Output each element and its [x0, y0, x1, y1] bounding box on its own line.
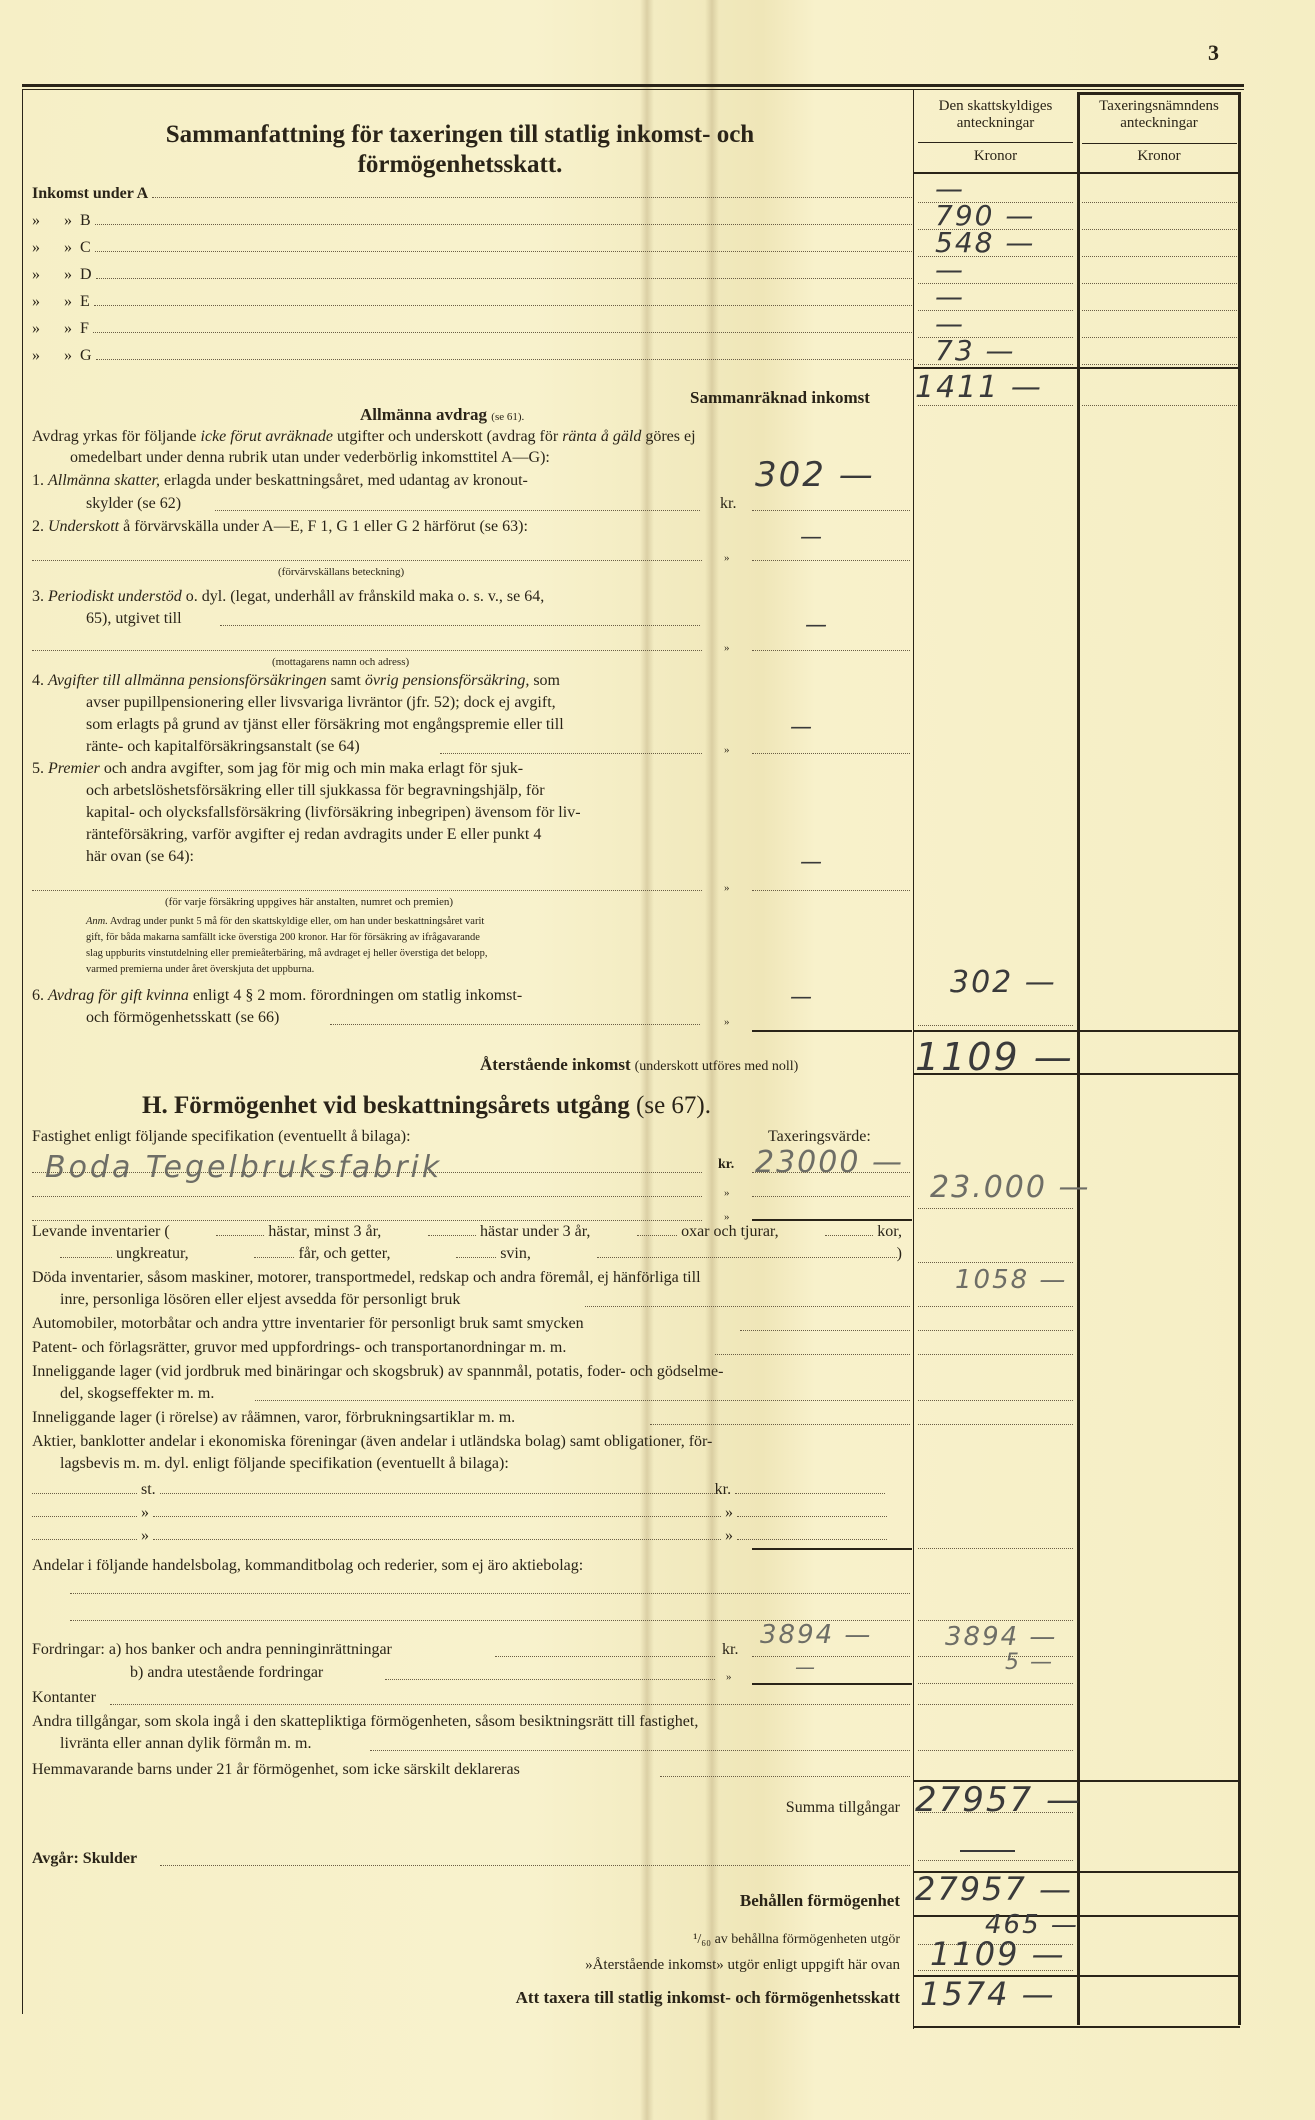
top-rule — [22, 89, 1244, 90]
deduction-item-5-caption: (för varje försäkring uppgives här ansta… — [165, 896, 453, 908]
entry-line — [495, 1656, 715, 1657]
income-category: » » C — [32, 238, 91, 258]
heading-text: Allmänna avdrag — [360, 405, 487, 424]
claims-total-a[interactable]: 3894 — — [945, 1622, 1057, 1652]
subtotal-rule — [752, 1030, 912, 1032]
total-rule — [914, 367, 1240, 369]
deduction-item-1: 1. Allmänna skatter, erlagda under beska… — [32, 471, 528, 491]
income-row-label: Inkomst under A — [32, 184, 912, 204]
deduction-item-5-line: och arbetslöshetsförsäkring eller till s… — [86, 781, 545, 801]
text: Avdrag yrkas för följande — [32, 428, 201, 445]
other-assets-label: Andra tillgångar, som skola ingå i den s… — [32, 1712, 698, 1732]
entry-line — [918, 1262, 1073, 1263]
committee-column-header: Taxeringsnämndens anteckningar — [1080, 98, 1238, 132]
deduction-item-2-value[interactable]: — — [800, 525, 824, 550]
deduction-item-5-line: ränteförsäkring, varför avgifter ej reda… — [86, 825, 541, 845]
deduction-item-2-input[interactable] — [32, 560, 702, 561]
deduction-item-1-line2: skylder (se 62) — [86, 494, 181, 514]
text: kr. — [715, 1481, 731, 1498]
patents-value — [918, 1354, 1073, 1355]
text: utgifter och underskott (avdrag för — [333, 428, 562, 445]
entry-line — [715, 1354, 910, 1355]
text: ränta å gäld — [562, 428, 641, 445]
title-line: förmögenhetsskatt. — [80, 150, 840, 180]
entry-line — [752, 753, 910, 754]
deductions-intro-line2: omedelbart under denna rubrik utan under… — [70, 448, 550, 468]
shares-row[interactable]: » » — [32, 1503, 912, 1523]
entry-line — [1082, 310, 1237, 311]
summary-title: Sammanfattning för taxeringen till statl… — [80, 120, 840, 180]
deduction-item-4-line: som erlagts på grund av tjänst eller för… — [86, 715, 564, 735]
deduction-item-3-recipient-input[interactable] — [220, 625, 700, 626]
entry-line — [918, 1208, 1073, 1209]
text: får, och getter, — [298, 1245, 390, 1262]
page-number: 3 — [1208, 40, 1219, 66]
total-rule — [914, 1030, 1240, 1032]
income-row-label: » » D — [32, 265, 912, 285]
text: icke förut avräknade — [201, 428, 333, 445]
deductions-total-value[interactable]: 302 — — [950, 965, 1057, 1000]
deduction-item-2: 2. Underskott å förvärvskälla under A—E,… — [32, 517, 528, 537]
text: st. — [141, 1481, 156, 1498]
automobiles-value — [918, 1330, 1073, 1331]
text: kor, — [877, 1223, 902, 1240]
net-wealth-value[interactable]: 27957 — — [915, 1870, 1073, 1908]
label-text: Återstående inkomst — [480, 1055, 631, 1074]
shares-row[interactable]: st. kr. — [32, 1480, 912, 1500]
entry-line — [215, 510, 700, 511]
heading-ref: (se 61). — [491, 411, 524, 423]
total-income-value[interactable]: 1411 — — [915, 370, 1043, 405]
property-label: Fastighet enligt följande specifikation … — [32, 1127, 411, 1147]
property-assessed-value[interactable]: 23000 — — [755, 1145, 904, 1180]
deduction-item-6-line2: och förmögenhetsskatt (se 66) — [86, 1008, 279, 1028]
deductions-intro: Avdrag yrkas för följande icke förut avr… — [32, 427, 696, 447]
header-separator — [918, 142, 1073, 143]
note-line: varmed premierna under året överskjuta d… — [86, 962, 488, 978]
agricultural-stock-label-2: del, skogseffekter m. m. — [60, 1384, 214, 1404]
agricultural-stock-value — [918, 1400, 1073, 1401]
note-label: Anm. — [86, 916, 108, 927]
property-total-value[interactable]: 23.000 — — [930, 1170, 1091, 1205]
item-title: Avdrag för gift kvinna — [48, 987, 189, 1004]
taxable-amount-label: Att taxera till statlig inkomst- och för… — [360, 1988, 900, 2008]
entry-line — [32, 1220, 702, 1221]
sum-assets-value[interactable]: 27957 — — [915, 1780, 1082, 1820]
property-description-input[interactable]: Boda Tegelbruksfabrik — [45, 1150, 442, 1185]
income-category: » » E — [32, 292, 90, 312]
leader-dots — [152, 196, 912, 198]
currency-kr: kr. — [720, 494, 736, 514]
entry-line — [650, 1424, 910, 1425]
text: » — [141, 1527, 149, 1544]
entry-line — [255, 1400, 910, 1401]
item-number: 4. — [32, 672, 44, 689]
item-number: 3. — [32, 588, 44, 605]
deduction-item-3-value[interactable]: — — [805, 613, 829, 638]
subtotal-rule — [752, 1683, 912, 1685]
entry-line — [918, 1812, 1073, 1813]
shares-row[interactable]: » » — [32, 1526, 912, 1546]
header-line: anteckningar — [914, 115, 1077, 132]
label-text: Avgår: Skulder — [32, 1850, 137, 1867]
column-divider — [913, 89, 914, 2029]
item-title: övrig pensionsförsäkring, — [365, 672, 529, 689]
entry-line — [1082, 229, 1237, 230]
item-text: o. dyl. (legat, underhåll av frånskild m… — [182, 588, 544, 605]
entry-line — [330, 1024, 700, 1025]
entry-line — [110, 1704, 910, 1705]
income-category: » » B — [32, 211, 91, 231]
net-wealth-label: Behållen förmögenhet — [560, 1891, 900, 1911]
deduction-item-4: 4. Avgifter till allmänna pensionsförsäk… — [32, 671, 560, 691]
header-line: Den skattskyldiges — [914, 98, 1077, 115]
text: » — [725, 1504, 733, 1521]
assessed-value-label: Taxeringsvärde: — [768, 1127, 871, 1147]
remaining-income-label: Återstående inkomst (underskott utföres … — [480, 1055, 798, 1077]
item-text: samt — [327, 672, 365, 689]
text: » — [725, 1527, 733, 1544]
shares-label: Aktier, banklotter andelar i ekonomiska … — [32, 1432, 712, 1452]
entry-line — [752, 510, 910, 511]
entry-line — [752, 1172, 910, 1173]
text: hästar under 3 år, — [480, 1223, 590, 1240]
item-title: Avgifter till allmänna pensionsförsäkrin… — [48, 672, 327, 689]
shares-value — [918, 1548, 1073, 1549]
ditto-mark: » — [724, 1012, 730, 1032]
entry-line — [918, 1683, 1073, 1684]
deduction-item-6-value[interactable]: — — [790, 985, 814, 1010]
item-title: Allmänna skatter, — [48, 472, 160, 489]
deduction-item-3-input[interactable] — [32, 650, 702, 651]
leader-dots — [96, 277, 912, 279]
heading-ref: (se 67). — [636, 1092, 711, 1119]
dead-inventory-label: Döda inventarier, såsom maskiner, motore… — [32, 1268, 701, 1288]
entry-line — [752, 560, 910, 561]
remaining-income-restated-value[interactable]: 1109 — — [930, 1935, 1066, 1973]
entry-line — [740, 1330, 910, 1331]
claims-a-label: Fordringar: a) hos banker och andra penn… — [32, 1640, 392, 1660]
leader-dots — [95, 223, 912, 225]
deduction-item-4-value[interactable]: — — [790, 715, 814, 740]
income-category: » » F — [32, 319, 89, 339]
heading-text: H. Förmögenhet vid beskattningsårets utg… — [142, 1092, 630, 1119]
deduction-item-5-value[interactable]: — — [800, 850, 824, 875]
subtotal-rule — [752, 1548, 912, 1550]
entry-line — [32, 1196, 702, 1197]
currency-kr: kr. — [722, 1640, 738, 1660]
partnership-value — [918, 1620, 1073, 1621]
ditto-mark: » — [726, 1667, 732, 1687]
note-line: Avdrag under punkt 5 må för den skattsky… — [110, 916, 484, 927]
agricultural-stock-label: Inneliggande lager (vid jordbruk med bin… — [32, 1362, 723, 1382]
cash-label: Kontanter — [32, 1688, 96, 1708]
entry-line — [1082, 405, 1237, 406]
committee-column-border — [1077, 92, 1080, 2025]
business-stock-value — [918, 1424, 1073, 1425]
taxable-amount-value[interactable]: 1574 — — [920, 1975, 1056, 2013]
income-category: » » D — [32, 265, 92, 285]
deduction-item-6: 6. Avdrag för gift kvinna enligt 4 § 2 m… — [32, 986, 522, 1006]
entry-line — [752, 890, 910, 891]
claims-b-label: b) andra utestående fordringar — [130, 1663, 323, 1683]
deduction-item-5-line: kapital- och olycksfallsförsäkring (livf… — [86, 803, 581, 823]
text: hästar, minst 3 år, — [268, 1223, 381, 1240]
header-line: anteckningar — [1080, 115, 1238, 132]
note-line: slag uppburits vinstutdelning eller prem… — [86, 946, 488, 962]
income-row-value[interactable]: 73 — — [935, 334, 1016, 367]
entry-line — [918, 364, 1073, 365]
item-number: 2. — [32, 518, 44, 535]
leader-dots — [93, 331, 912, 333]
item-text: å förvärvskälla under A—E, F 1, G 1 elle… — [119, 518, 528, 535]
other-assets-label-2: livränta eller annan dylik förmån m. m. — [60, 1734, 311, 1754]
ditto-mark: » — [724, 1183, 730, 1203]
total-rule — [914, 1073, 1240, 1075]
automobiles-label: Automobiler, motorbåtar och andra yttre … — [32, 1314, 584, 1334]
taxpayer-unit: Kronor — [914, 148, 1077, 165]
bottom-rule — [914, 2026, 1240, 2028]
deductions-heading: Allmänna avdrag (se 61). — [360, 405, 524, 427]
dead-inventory-value[interactable]: 1058 — — [955, 1265, 1067, 1295]
income-category: » » G — [32, 346, 92, 366]
sixtieth-label: ¹/₆₀ av behållna förmögenheten utgör — [500, 1930, 900, 1950]
entry-line — [370, 1750, 910, 1751]
entry-line — [160, 1865, 910, 1866]
other-assets-value — [918, 1750, 1073, 1751]
item-text: erlagda under beskattningsåret, med udan… — [160, 472, 528, 489]
committee-column-border — [1238, 92, 1241, 2025]
title-line: Sammanfattning för taxeringen till statl… — [80, 120, 840, 150]
text: ungkreatur, — [116, 1245, 189, 1262]
deduction-item-3-line2: 65), utgivet till — [86, 609, 182, 629]
top-rule — [22, 84, 1244, 87]
entry-line — [918, 405, 1073, 406]
wealth-heading: H. Förmögenhet vid beskattningsårets utg… — [142, 1092, 711, 1120]
item-title: Underskott — [48, 518, 119, 535]
deduction-item-5-input[interactable] — [32, 890, 702, 891]
entry-line — [585, 1306, 910, 1307]
children-wealth-label: Hemmavarande barns under 21 år förmögenh… — [32, 1760, 520, 1780]
committee-column-border — [1077, 92, 1241, 95]
committee-unit: Kronor — [1080, 148, 1238, 165]
deduction-item-1-value[interactable]: 302 — — [755, 455, 875, 495]
entry-line — [1082, 364, 1237, 365]
entry-line — [752, 650, 910, 651]
leader-dots — [94, 304, 912, 306]
claims-b-value[interactable]: — — [795, 1655, 817, 1679]
entry-line — [440, 753, 702, 754]
ditto-mark: » — [724, 740, 730, 760]
item-text: som — [529, 672, 560, 689]
deduction-item-2-caption: (förvärvskällans beteckning) — [278, 566, 404, 578]
income-row-label: » » E — [32, 292, 912, 312]
entry-line — [752, 1656, 910, 1657]
header-line: Taxeringsnämndens — [1080, 98, 1238, 115]
text: » — [141, 1504, 149, 1521]
claims-total-b[interactable]: 5 — — [1005, 1650, 1054, 1675]
deduction-item-5: 5. Premier och andra avgifter, som jag f… — [32, 759, 523, 779]
ditto-mark: » — [724, 638, 730, 658]
debts-value — [918, 1860, 1073, 1861]
tax-form-page: 3 Den skattskyldiges anteckningar Kronor… — [0, 0, 1315, 2120]
text: svin, — [500, 1245, 531, 1262]
item-number: 5. — [32, 760, 44, 777]
patents-label: Patent- och förlagsrätter, gruvor med up… — [32, 1338, 566, 1358]
deduction-item-3: 3. Periodiskt understöd o. dyl. (legat, … — [32, 587, 544, 607]
leader-dots — [95, 250, 912, 252]
entry-line — [385, 1679, 715, 1680]
item-title: Periodiskt understöd — [48, 588, 182, 605]
income-category: Inkomst under A — [32, 184, 148, 204]
partnership-label: Andelar i följande handelsbolag, kommand… — [32, 1556, 583, 1576]
total-income-label: Sammanräknad inkomst — [690, 388, 870, 408]
item-number: 6. — [32, 987, 44, 1004]
income-row-label: » » C — [32, 238, 912, 258]
deduction-item-4-line: ränte- och kapitalförsäkringsanstalt (se… — [86, 737, 360, 757]
subtotal-rule — [752, 1219, 912, 1221]
business-stock-label: Inneliggande lager (i rörelse) av råämne… — [32, 1408, 515, 1428]
deduction-item-3-caption: (mottagarens namn och adress) — [272, 656, 409, 668]
entry-line — [1082, 202, 1237, 203]
ditto-mark: » — [724, 878, 730, 898]
left-border — [22, 89, 23, 2014]
item-number: 1. — [32, 472, 44, 489]
income-row-label: » » B — [32, 211, 912, 231]
partnership-input[interactable] — [70, 1593, 910, 1594]
deduction-item-5-line: här ovan (se 64): — [86, 847, 194, 867]
text: Levande inventarier ( — [32, 1222, 170, 1242]
note-line: gift, för båda makarna samfällt icke öve… — [86, 930, 488, 946]
leader-dots — [96, 358, 912, 360]
item-title: Premier — [48, 760, 100, 777]
text: oxar och tjurar, — [681, 1223, 779, 1240]
entry-line — [1082, 283, 1237, 284]
shares-label-2: lagsbevis m. m. dyl. enligt följande spe… — [60, 1454, 509, 1474]
item-text: enligt 4 § 2 mom. förordningen om statli… — [189, 987, 522, 1004]
item-text: och andra avgifter, som jag för mig och … — [100, 760, 523, 777]
taxpayer-column-header: Den skattskyldiges anteckningar — [914, 98, 1077, 132]
debts-label: Avgår: Skulder — [32, 1849, 137, 1869]
currency-kr: kr. — [718, 1155, 734, 1175]
deduction-note: Anm. Avdrag under punkt 5 må för den ska… — [86, 914, 488, 978]
entry-line — [1082, 256, 1237, 257]
entry-line — [752, 1196, 910, 1197]
dead-inventory-label-2: inre, personliga lösören eller eljest av… — [60, 1290, 460, 1310]
entry-line — [918, 1970, 1073, 1971]
remaining-income-restated-label: »Återstående inkomst» utgör enligt uppgi… — [420, 1955, 900, 1975]
ditto-mark: » — [724, 548, 730, 568]
handwritten-underline — [960, 1850, 1015, 1852]
text: göres ej — [641, 428, 695, 445]
entry-line — [32, 1172, 702, 1173]
livestock-line-2: ungkreatur, får, och getter, svin, ) — [60, 1244, 902, 1264]
livestock-line-1: Levande inventarier ( hästar, minst 3 år… — [32, 1222, 902, 1242]
entry-line — [660, 1776, 910, 1777]
income-row-label: » » F — [32, 319, 912, 339]
claims-a-value[interactable]: 3894 — — [760, 1620, 872, 1650]
header-separator — [1082, 143, 1237, 144]
entry-line — [1082, 337, 1237, 338]
entry-line — [918, 1025, 1073, 1026]
label-note: (underskott utföres med noll) — [635, 1059, 799, 1074]
entry-line — [918, 1306, 1073, 1307]
income-row-label: » » G — [32, 346, 912, 366]
text: ) — [897, 1245, 902, 1262]
deduction-item-4-line: avser pupillpensionering eller livsvarig… — [86, 693, 556, 713]
cash-value — [918, 1704, 1073, 1705]
sum-assets-label: Summa tillgångar — [600, 1798, 900, 1818]
